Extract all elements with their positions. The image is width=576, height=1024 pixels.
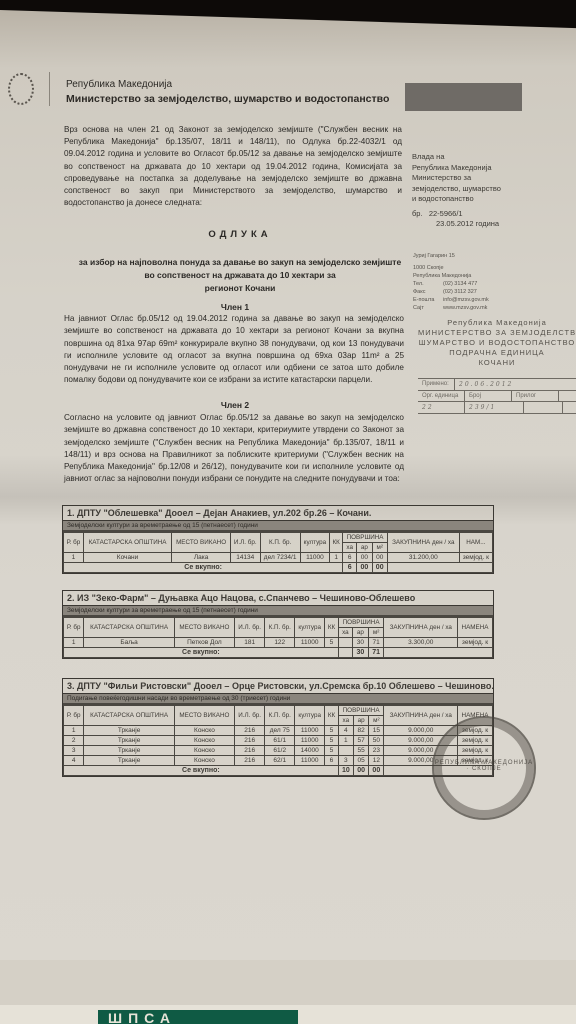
cell-ha <box>338 638 352 648</box>
stamp-line: ШУМАРСТВО И ВОДОСТОПАНСТВО <box>418 338 576 348</box>
contact-row: Сајтwww.mzsv.gov.mk <box>413 304 553 312</box>
cell-ha <box>338 746 353 756</box>
article2-heading: Член 2 <box>185 400 285 410</box>
total-ha: 6 <box>343 563 357 573</box>
table-row: 4ТрканјеКонско21662/1110006305129.000,00… <box>64 756 493 766</box>
total-row: Се вкупно:60000 <box>64 563 493 573</box>
official-seal-icon: РЕПУБЛИКА МАКЕДОНИЈА · СКОПЈЕ <box>432 716 536 820</box>
col-header-il: И.Л. бр. <box>235 706 265 726</box>
cell-rb: 3 <box>64 746 84 756</box>
cell-locality: Лака <box>172 553 231 563</box>
col-header-m2: м² <box>369 716 384 726</box>
cell-municipality: Трканје <box>84 726 175 736</box>
total-ha <box>338 648 352 658</box>
header-row: Р. брКАТАСТАРСКА ОПШТИНАМЕСТО ВИКАНОИ.Л.… <box>64 706 493 716</box>
col-header-locality: МЕСТО ВИКАНО <box>174 618 234 638</box>
cell-locality: Конско <box>174 756 234 766</box>
cell-m2: 00 <box>372 553 387 563</box>
cell-m2: 50 <box>369 736 384 746</box>
contact-country: Република Македонија <box>413 272 553 280</box>
cell-kp: 62/1 <box>265 756 295 766</box>
cell-rb: 4 <box>64 756 84 766</box>
table-row: 2ТрканјеКонско21661/1110005157509.000,00… <box>64 736 493 746</box>
cell-rb: 2 <box>64 736 84 746</box>
total-row: Се вкупно:100000 <box>64 766 493 776</box>
col-header-ha: ха <box>338 628 352 638</box>
stamp-unit-value: 22 <box>418 402 465 413</box>
cell-locality: Конско <box>174 736 234 746</box>
col-header-area: ПОВРШИНА <box>338 706 384 716</box>
col-header-culture: култура <box>295 618 325 638</box>
contact-value: www.mzsv.gov.mk <box>443 304 487 312</box>
cell-culture: 11000 <box>295 638 325 648</box>
col-header-kp: К.П. бр. <box>260 533 300 553</box>
decision-subtitle: за избор на најповолна понуда за давање … <box>60 256 420 295</box>
sidebar-line: Република Македонија <box>412 163 562 174</box>
cell-ha: 1 <box>338 736 353 746</box>
cell-rb: 1 <box>64 726 84 736</box>
cell-culture: 11000 <box>295 726 325 736</box>
total-m2: 00 <box>369 766 384 776</box>
col-header-ha: ха <box>343 543 357 553</box>
total-m2: 00 <box>372 563 387 573</box>
col-header-culture: култура <box>295 706 325 726</box>
col-header-m2: м² <box>372 543 387 553</box>
total-ha: 10 <box>338 766 353 776</box>
cell-ar: 57 <box>353 736 368 746</box>
stamp-label-row: Орг. единица Број Прилог <box>418 391 576 402</box>
bidder-table: 1. ДПТУ "Облешевка" Дооел – Дејан Анакие… <box>62 505 494 574</box>
cell-m2: 71 <box>368 638 384 648</box>
col-header-rb: Р. бр <box>64 706 84 726</box>
col-header-ha: ха <box>338 716 353 726</box>
stamp-unit-label: Орг. единица <box>418 391 465 401</box>
number-label: бр. <box>412 209 423 218</box>
cell-kk: 5 <box>325 736 338 746</box>
stamp-line: КОЧАНИ <box>418 358 576 368</box>
seal-text: РЕПУБЛИКА МАКЕДОНИЈА · СКОПЈЕ <box>434 760 534 772</box>
col-header-kp: К.П. бр. <box>265 618 295 638</box>
sidebar-line: и водостопанство <box>412 194 562 205</box>
cell-culture: 14000 <box>295 746 325 756</box>
cell-kp: дел 75 <box>265 726 295 736</box>
cell-il: 216 <box>235 736 265 746</box>
cell-kp: дел 7234/1 <box>260 553 300 563</box>
contact-value: (02) 3134 477 <box>443 280 477 288</box>
table-row: 1БаљаПетков Дол18112211000530713.300,00з… <box>64 638 493 648</box>
contact-row: Факс(02) 3112 327 <box>413 288 553 296</box>
col-header-m2: м² <box>368 628 384 638</box>
total-ar: 30 <box>352 648 368 658</box>
stamp-received-label: Примено: <box>418 379 455 390</box>
cell-municipality: Кочани <box>83 553 171 563</box>
header-country: Република Македонија <box>66 79 172 90</box>
coat-of-arms-icon <box>8 73 34 105</box>
stamp-attachment-label: Прилог <box>512 391 559 401</box>
total-row: Се вкупно:3071 <box>64 648 493 658</box>
document: Република Македонија Министерство за зем… <box>0 0 576 1024</box>
lease-note: Земјоделски култури за времетраење од 15… <box>63 521 493 532</box>
stamp-attachment-value <box>524 402 563 413</box>
col-header-purpose: НАМ... <box>459 533 492 553</box>
total-m2: 71 <box>368 648 384 658</box>
cell-rent: 31.200,00 <box>387 553 459 563</box>
cell-il: 14134 <box>230 553 260 563</box>
header-divider <box>49 72 50 106</box>
col-header-locality: МЕСТО ВИКАНО <box>172 533 231 553</box>
contact-value: (02) 3112 327 <box>443 288 477 296</box>
cell-culture: 11000 <box>300 553 329 563</box>
col-header-rent: ЗАКУПНИНА ден / ха <box>387 533 459 553</box>
col-header-municipality: КАТАСТАРСКА ОПШТИНА <box>83 533 171 553</box>
cell-kk: 6 <box>325 756 338 766</box>
article1-text: На јавниот Оглас бр.05/12 од 19.04.2012 … <box>64 313 404 387</box>
total-ar: 00 <box>357 563 372 573</box>
lease-note: Земјоделски култури за времетраење од 15… <box>63 606 493 617</box>
cell-culture: 11000 <box>295 736 325 746</box>
contact-value: info@mzsv.gov.mk <box>443 296 489 304</box>
cell-culture: 11000 <box>295 756 325 766</box>
contact-city: 1000 Скопје <box>413 264 553 272</box>
col-header-kk: КК <box>330 533 343 553</box>
table-row: 1КочаниЛака14134дел 7234/11100016000031.… <box>64 553 493 563</box>
sidebar-line: Министерство за <box>412 173 562 184</box>
stamp-grid: Примено: 20.06.2012 Орг. единица Број Пр… <box>418 378 576 414</box>
cell-m2: 15 <box>369 726 384 736</box>
col-header-kk: КК <box>325 618 338 638</box>
total-empty <box>387 563 492 573</box>
cell-rb: 1 <box>64 553 84 563</box>
contact-row: Тел.(02) 3134 477 <box>413 280 553 288</box>
col-header-rb: Р. бр <box>64 533 84 553</box>
number-value: 22-5966/1 <box>429 209 463 218</box>
cell-il: 216 <box>235 756 265 766</box>
stamp-value-row: 22 239/1 <box>418 402 576 414</box>
total-label: Се вкупно: <box>64 766 339 776</box>
stamp-line: МИНИСТЕРСТВО ЗА ЗЕМЈОДЕЛСТВО <box>418 328 576 338</box>
contact-address: Јуриј Гагарин 15 <box>413 252 553 260</box>
cell-il: 181 <box>235 638 265 648</box>
article1-heading: Член 1 <box>185 302 285 312</box>
col-header-il: И.Л. бр. <box>230 533 260 553</box>
cell-municipality: Баља <box>84 638 175 648</box>
cell-ha: 4 <box>338 726 353 736</box>
cell-kp: 122 <box>265 638 295 648</box>
stamp-number-value: 239/1 <box>465 402 524 413</box>
col-header-locality: МЕСТО ВИКАНО <box>174 706 234 726</box>
contact-block: Јуриј Гагарин 15 1000 Скопје Република М… <box>413 252 553 312</box>
cell-kp: 61/1 <box>265 736 295 746</box>
subtitle-line: за избор на најповолна понуда за давање … <box>60 256 420 269</box>
cell-kp: 61/2 <box>265 746 295 756</box>
receipt-stamp: Република Македонија МИНИСТЕРСТВО ЗА ЗЕМ… <box>418 318 576 428</box>
bidder-table: 3. ДПТУ "Фильи Ристовски" Дооел – Орце Р… <box>62 678 494 777</box>
cell-locality: Конско <box>174 726 234 736</box>
bidder-table: 2. ИЗ "Зеко-Фарм" – Дуњавка Ацо Нацова, … <box>62 590 494 659</box>
contact-label: Е-пошта <box>413 296 443 304</box>
cell-locality: Петков Дол <box>174 638 234 648</box>
cell-ha: 6 <box>343 553 357 563</box>
sidebar-line: Влада на <box>412 152 562 163</box>
header-ministry: Министерство за земјоделство, шумарство … <box>66 93 389 105</box>
stamp-number-label: Број <box>465 391 512 401</box>
parcel-table: Р. брКАТАСТАРСКА ОПШТИНАМЕСТО ВИКАНОИ.Л.… <box>63 617 493 658</box>
cell-ar: 05 <box>353 756 368 766</box>
stamp-received-date: 20.06.2012 <box>455 379 573 390</box>
contact-row: Е-поштаinfo@mzsv.gov.mk <box>413 296 553 304</box>
table-row: 1ТрканјеКонско216дел 75110005482159.000,… <box>64 726 493 736</box>
header-row: Р. брКАТАСТАРСКА ОПШТИНАМЕСТО ВИКАНОИ.Л.… <box>64 533 493 543</box>
cell-kk: 5 <box>325 726 338 736</box>
reference-number: бр. 22-5966/1 <box>412 209 562 220</box>
cell-municipality: Трканје <box>84 736 175 746</box>
total-ar: 00 <box>353 766 368 776</box>
cell-locality: Конско <box>174 746 234 756</box>
col-header-il: И.Л. бр. <box>235 618 265 638</box>
cell-il: 216 <box>235 746 265 756</box>
col-header-rent: ЗАКУПНИНА ден / ха <box>384 706 458 726</box>
bidder-title: 3. ДПТУ "Фильи Ристовски" Дооел – Орце Р… <box>63 679 493 694</box>
stamp-line: Република Македонија <box>418 318 576 328</box>
bidder-title: 2. ИЗ "Зеко-Фарм" – Дуњавка Ацо Нацова, … <box>63 591 493 606</box>
sidebar-reference: Влада на Република Македонија Министерст… <box>412 152 562 230</box>
stamp-received-row: Примено: 20.06.2012 <box>418 379 576 391</box>
contact-label: Сајт <box>413 304 443 312</box>
redacted-block <box>405 83 522 111</box>
cell-ar: 00 <box>357 553 372 563</box>
parcel-table: Р. брКАТАСТАРСКА ОПШТИНАМЕСТО ВИКАНОИ.Л.… <box>63 705 493 776</box>
parcel-table: Р. брКАТАСТАРСКА ОПШТИНАМЕСТО ВИКАНОИ.Л.… <box>63 532 493 573</box>
bidder-title: 1. ДПТУ "Облешевка" Дооел – Дејан Анакие… <box>63 506 493 521</box>
subtitle-line: во сопственост на државата до 10 хектари… <box>60 269 420 282</box>
col-header-municipality: КАТАСТАРСКА ОПШТИНА <box>84 618 175 638</box>
table-row: 3ТрканјеКонско21661/214000555239.000,00з… <box>64 746 493 756</box>
total-empty <box>384 648 493 658</box>
cell-m2: 12 <box>369 756 384 766</box>
col-header-ar: ар <box>352 628 368 638</box>
header-row: Р. брКАТАСТАРСКА ОПШТИНАМЕСТО ВИКАНОИ.Л.… <box>64 618 493 628</box>
col-header-area: ПОВРШИНА <box>343 533 388 543</box>
cell-ha: 3 <box>338 756 353 766</box>
cell-ar: 82 <box>353 726 368 736</box>
col-header-ar: ар <box>357 543 372 553</box>
cell-ar: 55 <box>353 746 368 756</box>
intro-paragraph: Врз основа на член 21 од Законот за земј… <box>64 124 402 209</box>
cell-m2: 23 <box>369 746 384 756</box>
cell-rent: 3.300,00 <box>384 638 458 648</box>
total-label: Се вкупно: <box>64 648 339 658</box>
col-header-municipality: КАТАСТАРСКА ОПШТИНА <box>84 706 175 726</box>
cell-kk: 5 <box>325 746 338 756</box>
col-header-kk: КК <box>325 706 338 726</box>
col-header-rb: Р. бр <box>64 618 84 638</box>
col-header-culture: култура <box>300 533 329 553</box>
col-header-rent: ЗАКУПНИНА ден / ха <box>384 618 458 638</box>
cell-rb: 1 <box>64 638 84 648</box>
col-header-ar: ар <box>353 716 368 726</box>
cell-municipality: Трканје <box>84 746 175 756</box>
decision-title: ОДЛУКА <box>60 229 420 240</box>
col-header-area: ПОВРШИНА <box>338 618 384 628</box>
cell-municipality: Трканје <box>84 756 175 766</box>
lease-note: Подигање повеќегодишни насади во времетр… <box>63 694 493 705</box>
total-label: Се вкупно: <box>64 563 343 573</box>
stamp-line: ПОДРАЧНА ЕДИНИЦА <box>418 348 576 358</box>
col-header-purpose: НАМЕНА <box>458 618 493 638</box>
cell-purpose: земјод. к <box>459 553 492 563</box>
cell-ar: 30 <box>352 638 368 648</box>
sidebar-line: земјоделство, шумарство <box>412 184 562 195</box>
cell-purpose: земјод. к <box>458 638 493 648</box>
cell-kk: 1 <box>330 553 343 563</box>
col-header-kp: К.П. бр. <box>265 706 295 726</box>
cell-il: 216 <box>235 726 265 736</box>
subtitle-line: регионот Кочани <box>60 282 420 295</box>
reference-date: 23.05.2012 година <box>412 219 562 230</box>
cell-kk: 5 <box>325 638 338 648</box>
